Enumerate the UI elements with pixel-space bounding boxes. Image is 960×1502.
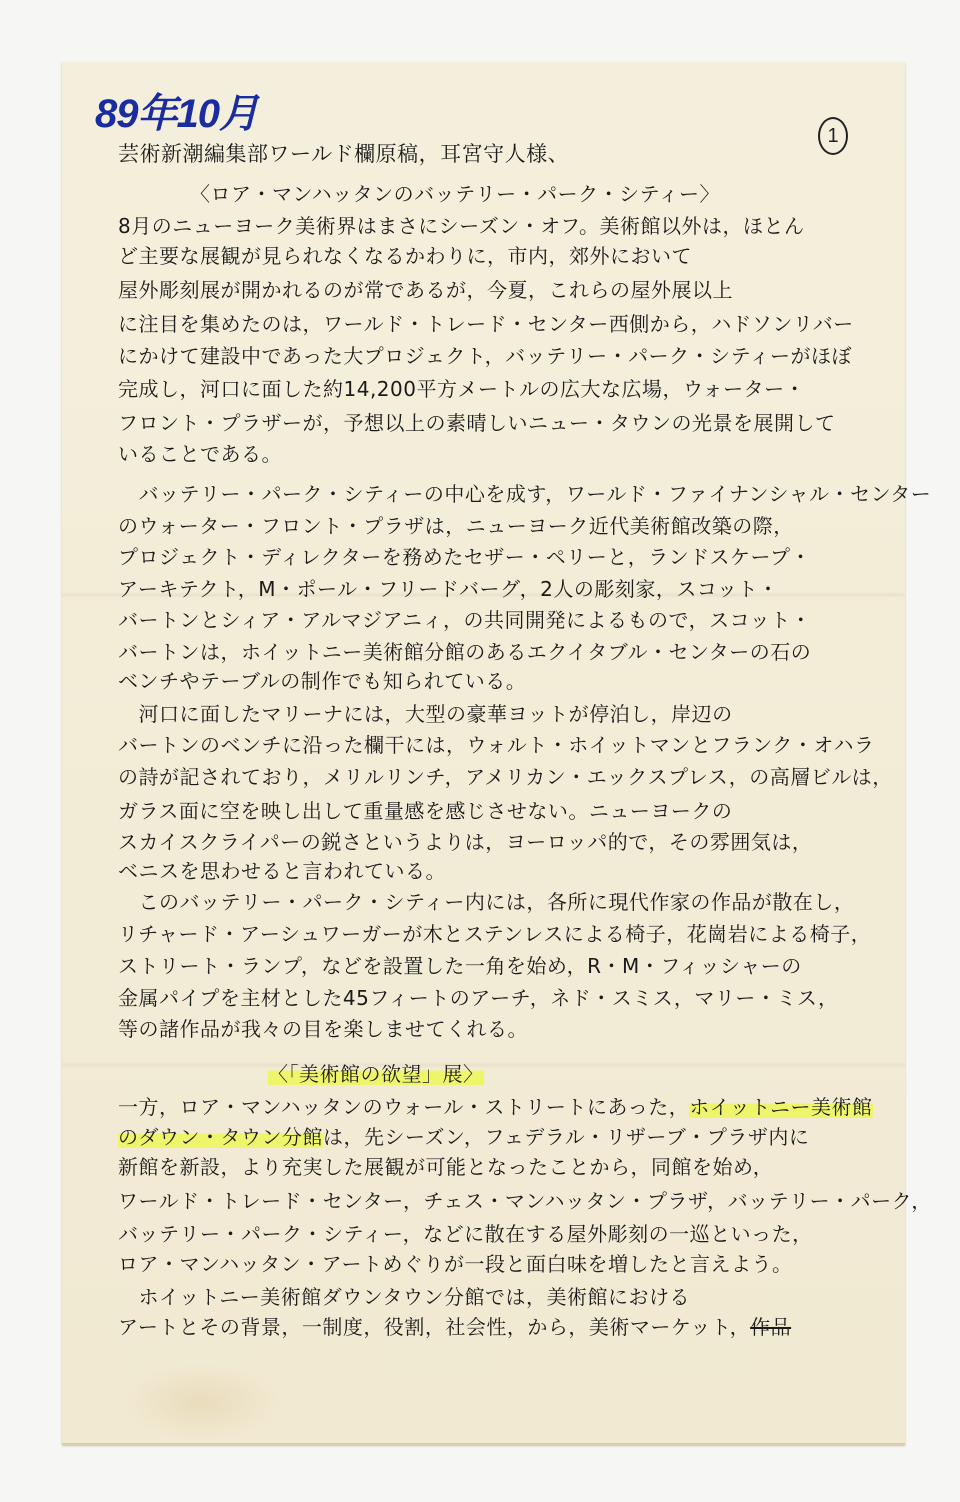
section-title: 〈「美術館の欲望」展〉: [268, 1060, 484, 1088]
body-line: 8月のニューヨーク美術界はまさにシーズン・オフ。美術館以外は，ほとん: [118, 212, 805, 240]
page-number-circle: 1: [818, 117, 848, 155]
body-line: 一方，ロア・マンハッタンのウォール・ストリートにあった，ホイットニー美術館: [118, 1093, 873, 1121]
body-line: このバッテリー・パーク・シティー内には，各所に現代作家の作品が散在し，: [118, 888, 854, 916]
body-line: ストリート・ランプ，などを設置した一角を始め，R・M・フィッシャーの: [118, 952, 802, 980]
body-line: アートとその背景，一制度，役割，社会性，から，美術マーケット，作品: [118, 1313, 791, 1341]
body-line: バッテリー・パーク・シティーの中心を成す，ワールド・ファイナンシャル・センター: [118, 480, 931, 508]
body-line: ベニスを思わせると言われている。: [118, 857, 446, 885]
addressee-line: 芸術新潮編集部ワールド欄原稿，耳宮守人様、: [118, 140, 569, 168]
paper-stain: [122, 1362, 282, 1442]
body-line: のダウン・タウン分館は，先シーズン，フェデラル・リザーブ・プラザ内に: [118, 1123, 809, 1151]
line-text: は，先シーズン，フェデラル・リザーブ・プラザ内に: [323, 1125, 809, 1149]
body-line: 河口に面したマリーナには，大型の豪華ヨットが停泊し，岸辺の: [118, 700, 733, 728]
highlighted-section-title: 〈「美術館の欲望」展〉: [268, 1062, 484, 1086]
body-line: いることである。: [118, 440, 282, 468]
body-line: プロジェクト・ディレクターを務めたセザー・ペリーと，ランドスケープ・: [118, 543, 811, 571]
article-title: 〈ロア・マンハッタンのバッテリー・パーク・シティー〉: [190, 180, 720, 208]
body-line: ど主要な展観が見られなくなるかわりに，市内，郊外において: [118, 242, 692, 270]
body-line: バートンとシィア・アルマジアニィ，の共同開発によるもので，スコット・: [118, 606, 811, 634]
date-annotation: 89年10月: [95, 82, 258, 139]
body-line: の詩が記されており，メリルリンチ，アメリカン・エックスプレス，の高層ビルは，: [118, 763, 893, 791]
highlighted-text: ホイットニー美術館: [689, 1095, 872, 1119]
body-line: に注目を集めたのは，ワールド・トレード・センター西側から，ハドソンリバー: [118, 310, 854, 338]
body-line: ホイットニー美術館ダウンタウン分館では，美術館における: [118, 1283, 690, 1311]
body-line: スカイスクライパーの鋭さというよりは，ヨーロッパ的で，その雰囲気は，: [118, 828, 812, 856]
body-line: 金属パイプを主材とした45フィートのアーチ，ネド・スミス，マリー・ミス，: [118, 984, 838, 1012]
body-line: 完成し，河口に面した約14,200平方メートルの広大な広場，ウォーター・: [118, 375, 805, 403]
line-text: アートとその背景，一制度，役割，社会性，から，美術マーケット，: [118, 1315, 750, 1339]
body-line: 屋外彫刻展が開かれるのが常であるが，今夏，これらの屋外展以上: [118, 276, 733, 304]
body-line: ベンチやテーブルの制作でも知られている。: [118, 667, 526, 695]
body-line: バートンのベンチに沿った欄干には，ウォルト・ホイットマンとフランク・オハラ: [118, 731, 875, 759]
body-line: フロント・プラザーが，予想以上の素晴しいニュー・タウンの光景を展開して: [118, 409, 836, 437]
struck-out-word: 作品: [750, 1315, 791, 1339]
body-line: のウォーター・フロント・プラザは，ニューヨーク近代美術館改築の際，: [118, 512, 794, 540]
body-line: ガラス面に空を映し出して重量感を感じさせない。ニューヨークの: [118, 797, 732, 825]
body-line: リチャード・アーシュワーガーが木とステンレスによる椅子，花崗岩による椅子，: [118, 920, 871, 948]
body-line: ロア・マンハッタン・アートめぐりが一段と面白味を増したと言えよう。: [118, 1250, 793, 1278]
body-line: アーキテクト，M・ポール・フリードバーグ，2人の彫刻家，スコット・: [118, 575, 778, 603]
body-line: 新館を新設，より充実した展観が可能となったことから，同館を始め，: [118, 1153, 773, 1181]
highlighted-text: のダウン・タウン分館: [118, 1125, 323, 1149]
body-line: 等の諸作品が我々の目を楽しませてくれる。: [118, 1015, 528, 1043]
body-line: にかけて建設中であった大プロジェクト，バッテリー・パーク・シティーがほぼ: [118, 342, 852, 370]
line-text: 一方，ロア・マンハッタンのウォール・ストリートにあった，: [118, 1095, 689, 1119]
body-line: ワールド・トレード・センター，チェス・マンハッタン・プラザ，バッテリー・パーク，: [118, 1187, 932, 1215]
body-line: バートンは，ホイットニー美術館分館のあるエクイタブル・センターの石の: [118, 638, 811, 666]
body-line: バッテリー・パーク・シティー，などに散在する屋外彫刻の一巡といった，: [118, 1220, 813, 1248]
